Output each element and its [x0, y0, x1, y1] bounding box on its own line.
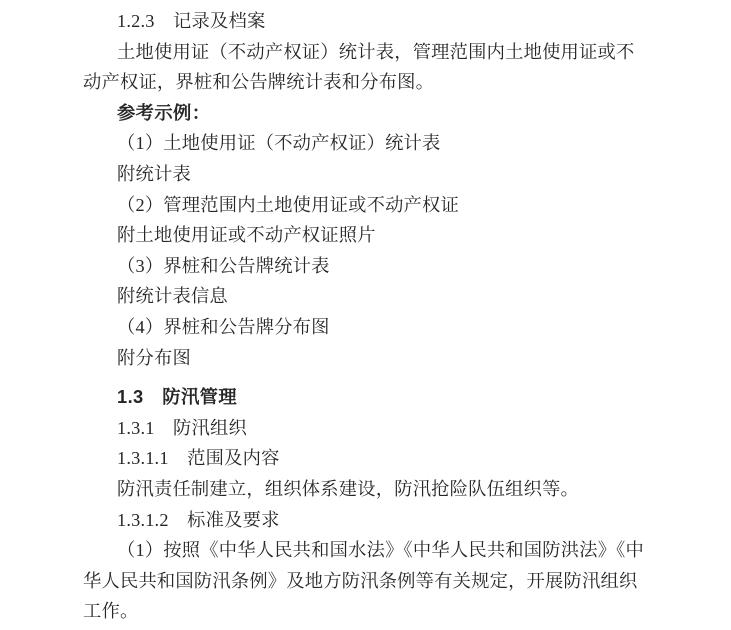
heading-1-3-1-2: 1.3.1.2 标准及要求	[83, 505, 653, 536]
heading-1-2-3: 1.2.3 记录及档案	[83, 6, 653, 37]
para-regulations-line-2: 华人民共和国防汛条例》及地方防汛条例等有关规定，开展防汛组织	[83, 566, 653, 597]
para-flood-duty: 防汛责任制建立，组织体系建设，防汛抢险队伍组织等。	[83, 474, 653, 505]
example-item-2-attachment: 附土地使用证或不动产权证照片	[83, 220, 653, 251]
heading-1-3: 1.3 防汛管理	[83, 382, 653, 413]
document-page: 1.2.3 记录及档案 土地使用证（不动产权证）统计表，管理范围内土地使用证或不…	[0, 0, 731, 630]
reference-example-label: 参考示例：	[83, 98, 653, 129]
example-item-3: （3）界桩和公告牌统计表	[83, 251, 653, 282]
document-text-block: 1.2.3 记录及档案 土地使用证（不动产权证）统计表，管理范围内土地使用证或不…	[83, 6, 653, 627]
heading-1-3-1: 1.3.1 防汛组织	[83, 413, 653, 444]
example-item-2: （2）管理范围内土地使用证或不动产权证	[83, 190, 653, 221]
example-item-3-attachment: 附统计表信息	[83, 281, 653, 312]
example-item-4-attachment: 附分布图	[83, 343, 653, 374]
example-item-1-attachment: 附统计表	[83, 159, 653, 190]
heading-1-3-1-1: 1.3.1.1 范围及内容	[83, 443, 653, 474]
para-regulations-line-3: 工作。	[83, 596, 653, 627]
para-regulations-line-1: （1）按照《中华人民共和国水法》《中华人民共和国防洪法》《中	[83, 535, 653, 566]
para-records-line-2: 动产权证，界桩和公告牌统计表和分布图。	[83, 67, 653, 98]
para-records-line-1: 土地使用证（不动产权证）统计表，管理范围内土地使用证或不	[83, 37, 653, 68]
example-item-4: （4）界桩和公告牌分布图	[83, 312, 653, 343]
example-item-1: （1）土地使用证（不动产权证）统计表	[83, 128, 653, 159]
